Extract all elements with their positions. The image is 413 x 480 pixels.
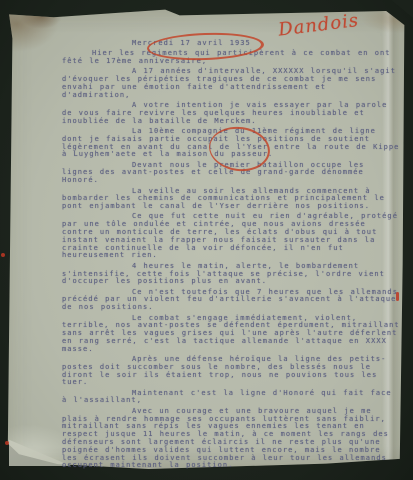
paragraph: A votre intention je vais essayer par la… xyxy=(62,102,400,125)
typed-text-block: Mercredi 17 avril 1935 Hier les régiment… xyxy=(62,40,400,473)
paragraph: Le combat s'engage immédiatement, violen… xyxy=(62,315,400,354)
paragraph: La veille au soir les allemands commence… xyxy=(62,188,400,211)
red-ink-mark xyxy=(1,253,5,257)
paragraph: 4 heures le matin, alerte, le bombardeme… xyxy=(62,263,400,286)
paragraph: Avec un courage et une bravoure auquel j… xyxy=(62,408,400,470)
paragraph: Après une défense héroïque la ligne des … xyxy=(62,356,400,387)
paragraph: Maintenant c'est la ligne d'Honoré qui f… xyxy=(62,390,400,406)
paragraph: Ce n'est toutefois que 7 heures que les … xyxy=(62,289,400,312)
paragraph: A 17 années d'intervalle, XXXXXX lorsqu'… xyxy=(62,68,400,99)
red-ink-mark xyxy=(5,441,9,445)
red-ink-mark xyxy=(396,292,399,301)
paragraph: Ce que fut cette nuit eu rien d'agréable… xyxy=(62,213,400,260)
